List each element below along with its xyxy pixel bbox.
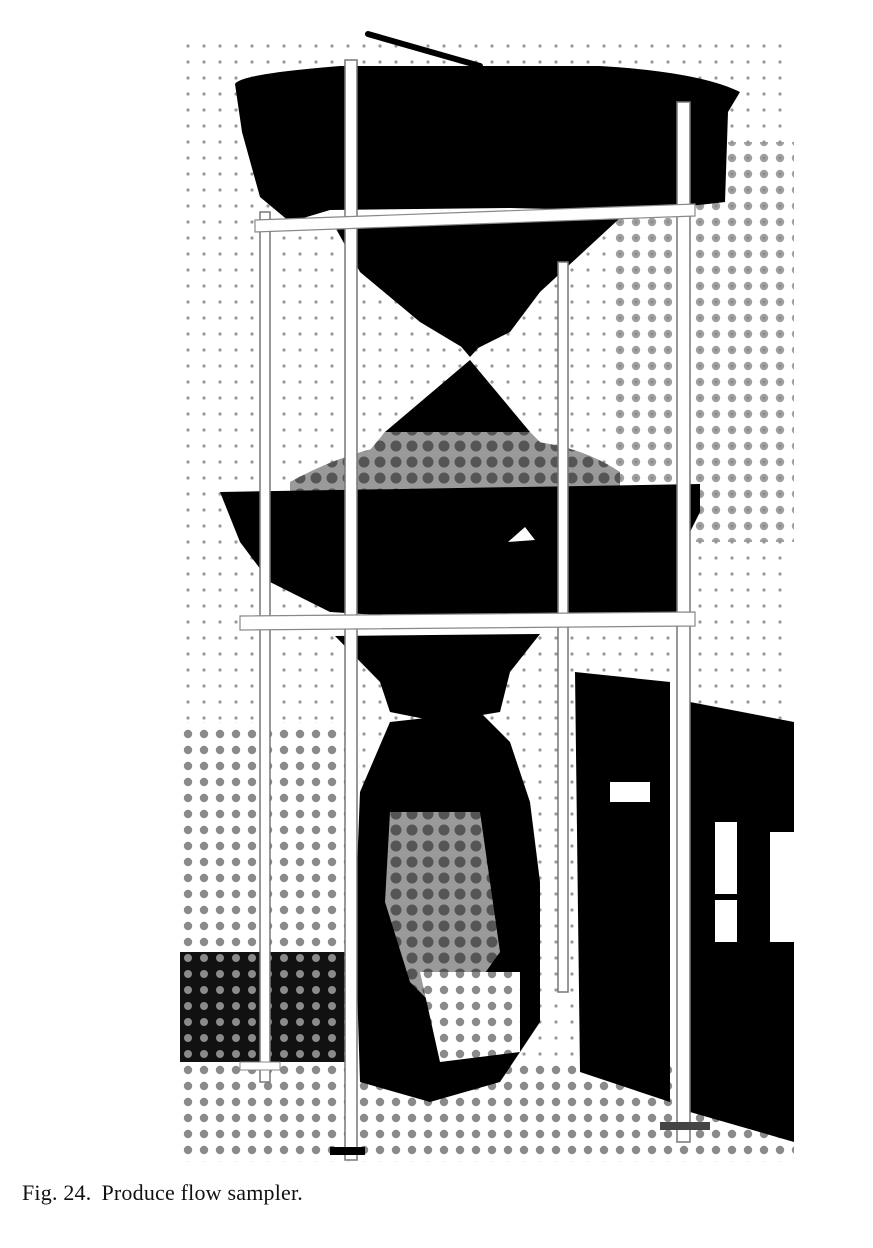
produce-flow-sampler-photo [180, 22, 794, 1162]
figure-label: Fig. 24. [22, 1180, 91, 1205]
document-page: Fig. 24.Produce flow sampler. [0, 0, 873, 1248]
figure-photo [180, 22, 794, 1162]
figure-caption: Fig. 24.Produce flow sampler. [22, 1180, 303, 1206]
figure-title: Produce flow sampler. [101, 1180, 303, 1205]
